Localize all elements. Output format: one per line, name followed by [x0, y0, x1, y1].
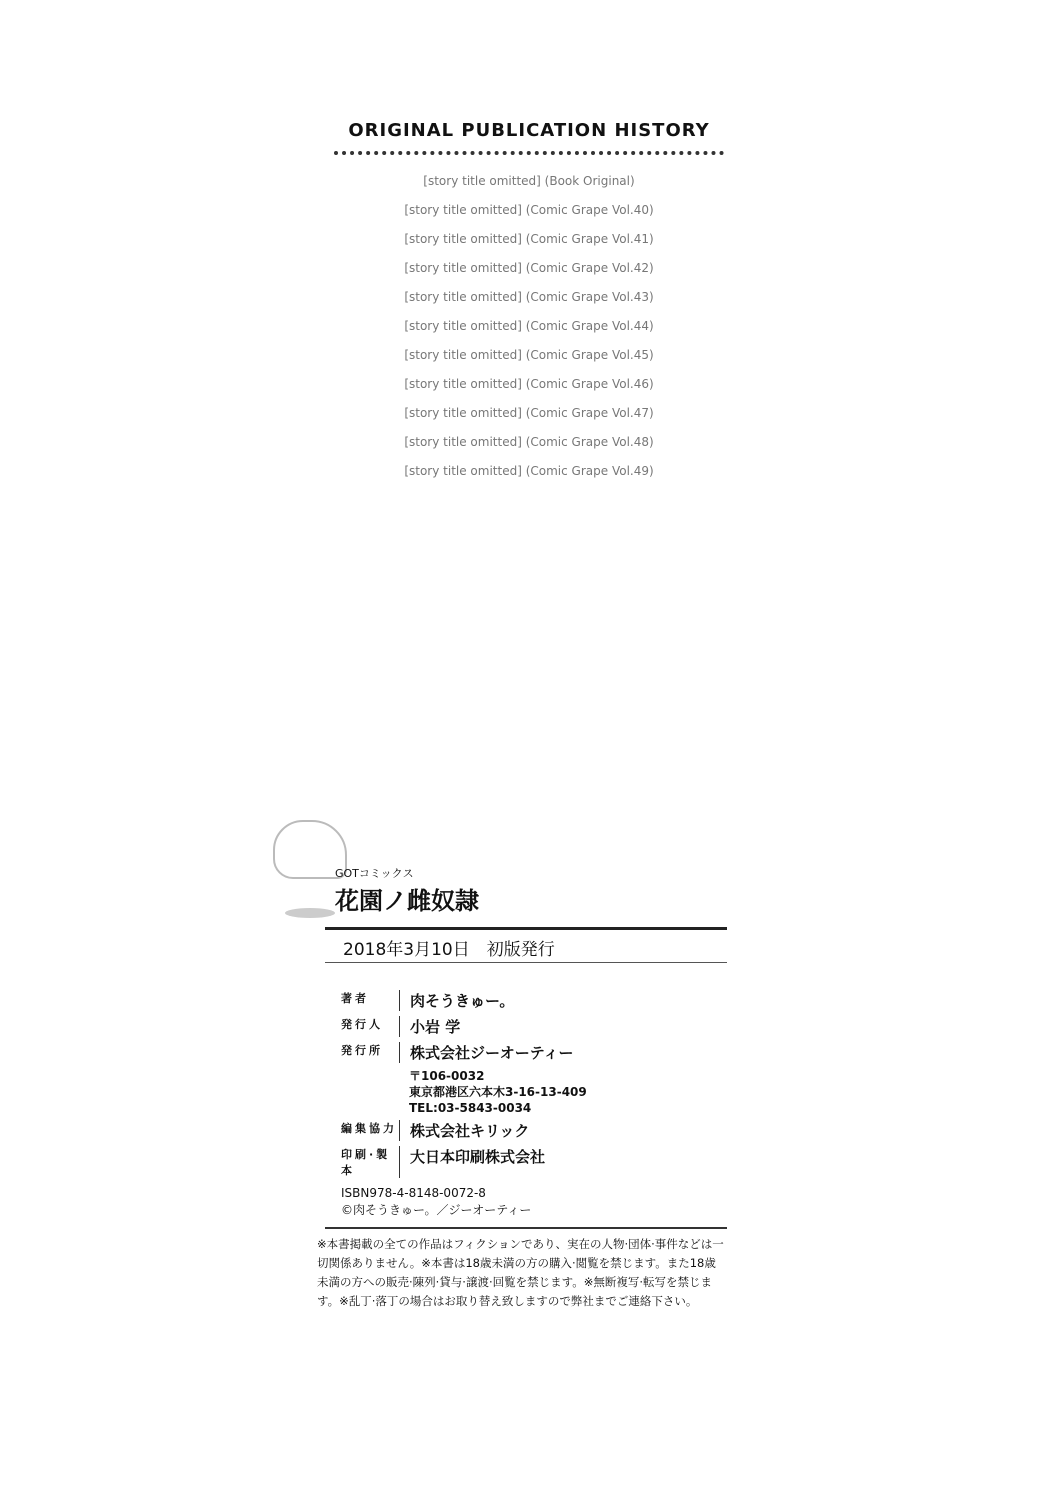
phone: TEL:03-5843-0034: [409, 1100, 587, 1116]
staff-value: 大日本印刷株式会社: [410, 1146, 545, 1178]
publication-date: 2018年3月10日 初版発行: [343, 935, 555, 960]
staff-value: 肉そうきゅー。: [410, 990, 514, 1011]
logo-shadow: [285, 908, 335, 918]
divider: [325, 962, 727, 963]
staff-key: 発行所: [341, 1042, 400, 1063]
history-entry: [story title omitted] (Comic Grape Vol.4…: [0, 405, 1058, 421]
history-heading: ORIGINAL PUBLICATION HISTORY: [0, 120, 1058, 141]
isbn: ISBN978-4-8148-0072-8: [341, 1185, 531, 1202]
staff-row: 印刷·製本大日本印刷株式会社: [341, 1146, 587, 1178]
publication-history: ORIGINAL PUBLICATION HISTORY [story titl…: [0, 120, 1058, 492]
imprint-label: GOTコミックス: [335, 865, 414, 881]
copyright: ©肉そうきゅー。／ジーオーティー: [341, 1202, 531, 1219]
history-entry: [story title omitted] (Comic Grape Vol.4…: [0, 347, 1058, 363]
staff-key: 編集協力: [341, 1120, 400, 1141]
address: 〒106-0032 東京都港区六本木3-16-13-409 TEL:03-584…: [409, 1068, 587, 1116]
history-entry: [story title omitted] (Comic Grape Vol.4…: [0, 202, 1058, 218]
staff-row: 発行人小岩 学: [341, 1016, 587, 1037]
staff-key: 印刷·製本: [341, 1146, 400, 1178]
dotted-divider: [334, 151, 724, 155]
staff-row: 著者肉そうきゅー。: [341, 990, 587, 1011]
staff-value: 小岩 学: [410, 1016, 460, 1037]
history-entry: [story title omitted] (Comic Grape Vol.4…: [0, 260, 1058, 276]
staff-list: 著者肉そうきゅー。 発行人小岩 学 発行所株式会社ジーオーティー 〒106-00…: [341, 990, 587, 1183]
staff-value: 株式会社ジーオーティー: [410, 1042, 574, 1063]
isbn-block: ISBN978-4-8148-0072-8 ©肉そうきゅー。／ジーオーティー: [341, 1185, 531, 1219]
history-entry: [story title omitted] (Comic Grape Vol.4…: [0, 376, 1058, 392]
staff-key: 著者: [341, 990, 400, 1011]
history-entry: [story title omitted] (Comic Grape Vol.4…: [0, 318, 1058, 334]
legal-notice: ※本書掲載の全ての作品はフィクションであり、実在の人物·団体·事件などは一切関係…: [317, 1235, 727, 1311]
history-entry: [story title omitted] (Comic Grape Vol.4…: [0, 434, 1058, 450]
staff-row: 編集協力株式会社キリック: [341, 1120, 587, 1141]
history-entry: [story title omitted] (Comic Grape Vol.4…: [0, 289, 1058, 305]
history-entry: [story title omitted] (Comic Grape Vol.4…: [0, 463, 1058, 479]
postal-code: 〒106-0032: [409, 1068, 587, 1084]
staff-row: 発行所株式会社ジーオーティー: [341, 1042, 587, 1063]
staff-key: 発行人: [341, 1016, 400, 1037]
book-title: 花園ノ雌奴隷: [335, 881, 479, 916]
street-address: 東京都港区六本木3-16-13-409: [409, 1084, 587, 1100]
staff-value: 株式会社キリック: [410, 1120, 529, 1141]
divider: [325, 1227, 727, 1229]
divider: [325, 927, 727, 930]
history-entry: [story title omitted] (Comic Grape Vol.4…: [0, 231, 1058, 247]
history-entry: [story title omitted] (Book Original): [0, 173, 1058, 189]
